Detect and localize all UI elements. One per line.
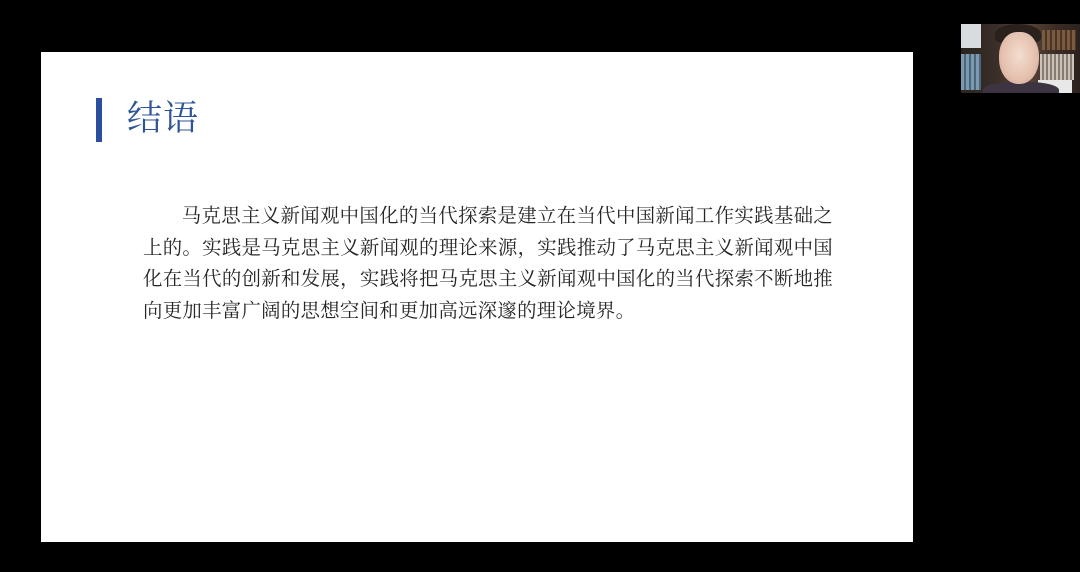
- screen-share-stage: 结语 马克思主义新闻观中国化的当代探索是建立在当代中国新闻工作实践基础之上的。实…: [0, 0, 1080, 572]
- slide-body-paragraph: 马克思主义新闻观中国化的当代探索是建立在当代中国新闻工作实践基础之上的。实践是马…: [143, 200, 833, 326]
- webcam-background-window: [961, 24, 981, 48]
- presenter-webcam-thumbnail[interactable]: [961, 24, 1080, 93]
- title-accent-bar: [96, 98, 102, 142]
- presenter-face: [999, 32, 1039, 84]
- webcam-background-bookshelf-upper: [1042, 30, 1076, 50]
- slide-title: 结语: [127, 96, 199, 142]
- webcam-background-bookshelf-right: [1040, 54, 1074, 80]
- webcam-background-bookshelf-left: [961, 54, 981, 90]
- presentation-slide: 结语 马克思主义新闻观中国化的当代探索是建立在当代中国新闻工作实践基础之上的。实…: [41, 52, 913, 542]
